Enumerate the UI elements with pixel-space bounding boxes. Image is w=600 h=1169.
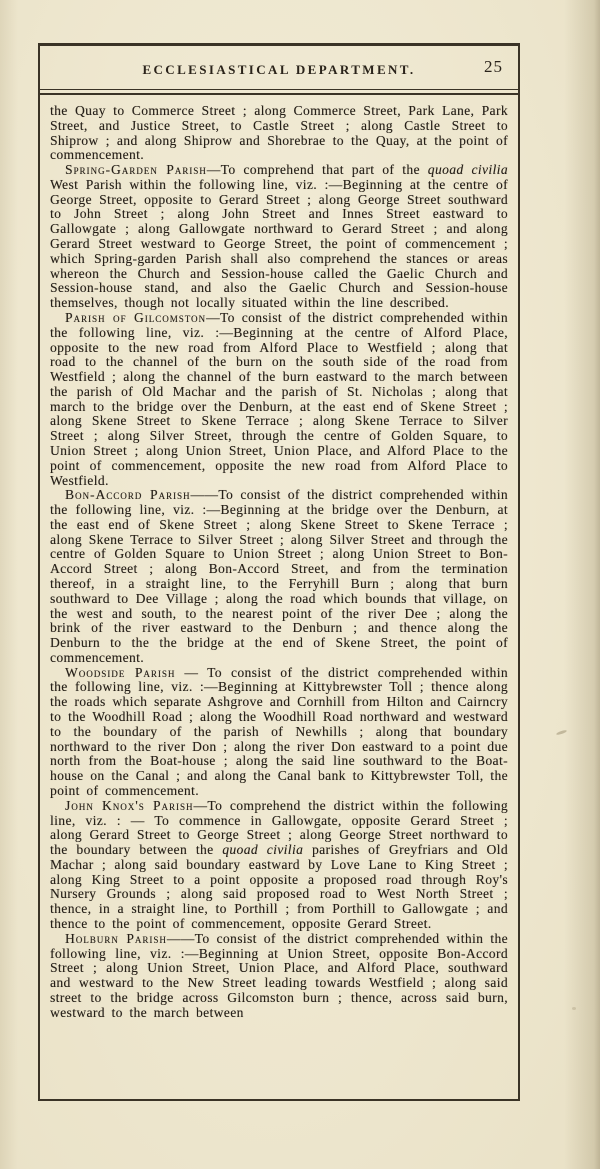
parish-heading: Holburn Parish — [65, 931, 167, 946]
paragraph-john-knox-parish: John Knox's Parish—To comprehend the dis… — [50, 799, 508, 932]
paragraph-bon-accord-parish: Bon-Accord Parish——To consist of the dis… — [50, 488, 508, 665]
paragraph-text: West Parish within the following line, v… — [50, 177, 508, 310]
parish-heading: Spring-Garden Parish — [65, 162, 207, 177]
page-number: 25 — [484, 57, 503, 77]
parish-heading: Parish of Gilcomston — [65, 310, 206, 325]
latin-phrase: quoad civilia — [428, 162, 508, 177]
page-header: ECCLESIASTICAL DEPARTMENT. 25 — [40, 46, 518, 89]
parish-heading: Woodside Parish — [65, 665, 175, 680]
parish-heading: Bon-Accord Parish — [65, 487, 191, 502]
paragraph-text: ——To consist of the district comprehende… — [50, 487, 508, 665]
paragraph-woodside-parish: Woodside Parish — To consist of the dist… — [50, 666, 508, 799]
paragraph-text: — To consist of the district comprehende… — [50, 665, 508, 798]
paragraph-text: —To consist of the district comprehended… — [50, 310, 508, 488]
ink-speck — [556, 729, 567, 735]
scanned-page-frame: ECCLESIASTICAL DEPARTMENT. 25 the Quay t… — [38, 43, 520, 1101]
running-title: ECCLESIASTICAL DEPARTMENT. — [40, 62, 518, 78]
page-body: the Quay to Commerce Street ; along Comm… — [40, 95, 518, 1020]
latin-phrase: quoad civilia — [222, 842, 303, 857]
paragraph-continuation-quay: the Quay to Commerce Street ; along Comm… — [50, 104, 508, 163]
paragraph-text: —To comprehend that part of the — [207, 162, 428, 177]
ink-speck — [572, 1007, 576, 1010]
paragraph-text: the Quay to Commerce Street ; along Comm… — [50, 103, 508, 162]
paragraph-holburn-parish: Holburn Parish——To consist of the distri… — [50, 932, 508, 1021]
paragraph-gilcomston-parish: Parish of Gilcomston—To consist of the d… — [50, 311, 508, 488]
parish-heading: John Knox's Parish — [65, 798, 193, 813]
paragraph-spring-garden-parish: Spring-Garden Parish—To comprehend that … — [50, 163, 508, 311]
